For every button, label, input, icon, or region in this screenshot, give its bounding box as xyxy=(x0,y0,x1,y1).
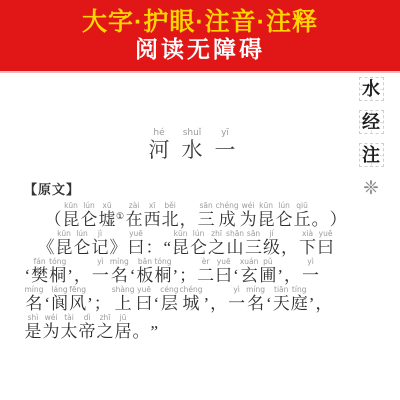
promo-banner: 大字·护眼·注音·注释 阅读无障碍 xyxy=(0,0,400,73)
body-line: （昆kūn仑lún墟xū①在zài西xī北běi，三sān成chéng为wéi昆… xyxy=(24,202,374,229)
hanzi-with-pinyin: ‘ xyxy=(266,294,272,313)
hanzi-with-pinyin: 曰yuē xyxy=(215,266,232,285)
hanzi-with-pinyin: 名míng xyxy=(246,294,265,313)
title-character-box: 注 xyxy=(359,143,384,167)
hanzi-with-pinyin: 太tài xyxy=(61,322,78,341)
hanzi-with-pinyin: 一yì xyxy=(228,294,245,313)
hanzi-with-pinyin: 山shān xyxy=(226,238,244,257)
hanzi-with-pinyin: 桐tóng xyxy=(154,266,171,285)
hanzi-with-pinyin: 昆kūn xyxy=(63,210,80,229)
seal-ornament-icon: ❈ xyxy=(363,179,379,198)
hanzi-with-pinyin: 在zài xyxy=(126,210,143,229)
hanzi-with-pinyin: ’ xyxy=(309,294,315,313)
hanzi-with-pinyin: 一yī xyxy=(215,138,236,162)
hanzi-with-pinyin: ‘ xyxy=(130,266,136,285)
hanzi-with-pinyin: 曰yuē xyxy=(128,238,145,257)
page-content: 河hé水shuǐ一yī 【原文】 （昆kūn仑lún墟xū①在zài西xī北bě… xyxy=(0,73,400,341)
hanzi-with-pinyin: ， xyxy=(284,266,301,285)
hanzi-with-pinyin: 成chéng xyxy=(216,210,239,229)
hanzi-with-pinyin: ’ xyxy=(277,266,283,285)
hanzi-with-pinyin: 。 xyxy=(312,210,329,229)
hanzi-with-pinyin: ， xyxy=(281,238,298,257)
hanzi-with-pinyin: 昆kūn xyxy=(56,238,73,257)
title-character-box: 水 xyxy=(359,77,384,101)
hanzi-with-pinyin: 风fēng xyxy=(69,294,86,313)
hanzi-with-pinyin: 一yì xyxy=(302,266,319,285)
title-character: 注 xyxy=(362,146,380,164)
hanzi-with-pinyin: ‘ xyxy=(154,294,160,313)
hanzi-with-pinyin: 是shì xyxy=(25,322,42,341)
hanzi-with-pinyin: 玄xuán xyxy=(240,266,259,285)
chapter-title: 河hé水shuǐ一yī xyxy=(24,128,360,164)
body-text: （昆kūn仑lún墟xū①在zài西xī北běi，三sān成chéng为wéi昆… xyxy=(24,202,374,341)
hanzi-with-pinyin: 墟xū xyxy=(99,210,116,229)
annotation-ref: ① xyxy=(116,211,124,221)
hanzi-with-pinyin: 樊fán xyxy=(31,266,48,285)
hanzi-with-pinyin: 》 xyxy=(110,238,127,257)
hanzi-with-pinyin: ‘ xyxy=(233,266,239,285)
hanzi-with-pinyin: 三sān xyxy=(245,238,262,257)
hanzi-with-pinyin: 仑lún xyxy=(81,210,98,229)
hanzi-with-pinyin: 居jū xyxy=(115,322,132,341)
hanzi-with-pinyin: 桐tóng xyxy=(49,266,66,285)
hanzi-with-pinyin: 曰yuē xyxy=(136,294,153,313)
hanzi-with-pinyin: 丘qiū xyxy=(294,210,311,229)
hanzi-with-pinyin: ’ xyxy=(172,266,178,285)
hanzi-with-pinyin: 曰yuē xyxy=(317,238,334,257)
hanzi-with-pinyin: 下xià xyxy=(299,238,316,257)
book-title-sidebar: 水经注 ❈ xyxy=(357,77,385,198)
hanzi-with-pinyin: 级jí xyxy=(263,238,280,257)
hanzi-with-pinyin: ’ xyxy=(67,266,73,285)
hanzi-with-pinyin: 《 xyxy=(38,238,55,257)
hanzi-with-pinyin: 北běi xyxy=(162,210,179,229)
hanzi-with-pinyin: 之zhī xyxy=(208,238,225,257)
hanzi-with-pinyin: 昆kūn xyxy=(172,238,189,257)
hanzi-with-pinyin: ； xyxy=(94,294,111,313)
hanzi-with-pinyin: 层céng xyxy=(160,294,178,313)
body-line: 名míng‘阆láng风fēng’；上shàng曰yuē‘层céng城chéng… xyxy=(24,286,374,313)
banner-slogan: 大字·护眼·注音·注释 xyxy=(82,9,318,37)
book-title-characters: 水经注 xyxy=(359,77,384,176)
hanzi-with-pinyin: “ xyxy=(164,238,172,257)
hanzi-with-pinyin: 昆kūn xyxy=(258,210,275,229)
body-line: 《昆kūn仑lún记jì》曰yuē：“昆kūn仑lún之zhī山shān三sān… xyxy=(24,230,374,257)
hanzi-with-pinyin: 二èr xyxy=(197,266,214,285)
hanzi-with-pinyin: ， xyxy=(210,294,227,313)
hanzi-with-pinyin: 天tiān xyxy=(273,294,290,313)
hanzi-with-pinyin: ， xyxy=(315,294,332,313)
hanzi-with-pinyin: ； xyxy=(179,266,196,285)
hanzi-with-pinyin: 之zhī xyxy=(97,322,114,341)
hanzi-with-pinyin: 圃pǔ xyxy=(259,266,276,285)
hanzi-with-pinyin: 河hé xyxy=(149,138,170,162)
section-label: 【原文】 xyxy=(24,179,374,198)
body-line: 是shì为wéi太tài帝dì之zhī居jū。” xyxy=(24,314,374,341)
hanzi-with-pinyin: 仑lún xyxy=(74,238,91,257)
hanzi-with-pinyin: 一yì xyxy=(92,266,109,285)
hanzi-with-pinyin: 名míng xyxy=(25,294,44,313)
hanzi-with-pinyin: ’ xyxy=(87,294,93,313)
hanzi-with-pinyin: ， xyxy=(74,266,91,285)
title-character: 经 xyxy=(362,113,380,131)
hanzi-with-pinyin: 为wéi xyxy=(240,210,257,229)
body-line: ‘樊fán桐tóng’，一yì名míng‘板bǎn桐tóng’；二èr曰yuē‘… xyxy=(24,258,374,285)
hanzi-with-pinyin: 上shàng xyxy=(112,294,135,313)
hanzi-with-pinyin: 西xī xyxy=(144,210,161,229)
hanzi-with-pinyin: ， xyxy=(180,210,197,229)
hanzi-with-pinyin: ： xyxy=(146,238,163,257)
hanzi-with-pinyin: 阆láng xyxy=(51,294,68,313)
hanzi-with-pinyin: ‘ xyxy=(44,294,50,313)
hanzi-with-pinyin: ） xyxy=(330,210,347,229)
banner-subtitle: 阅读无障碍 xyxy=(135,37,265,62)
hanzi-with-pinyin: 板bǎn xyxy=(136,266,153,285)
hanzi-with-pinyin: 为wéi xyxy=(43,322,60,341)
hanzi-with-pinyin: 仑lún xyxy=(276,210,293,229)
hanzi-with-pinyin: 。 xyxy=(133,322,150,341)
hanzi-with-pinyin: ‘ xyxy=(25,266,31,285)
hanzi-with-pinyin: 记jì xyxy=(92,238,109,257)
hanzi-with-pinyin: 名míng xyxy=(110,266,129,285)
hanzi-with-pinyin: ” xyxy=(151,322,159,341)
title-character: 水 xyxy=(362,80,380,98)
hanzi-with-pinyin: 三sān xyxy=(198,210,215,229)
title-character-box: 经 xyxy=(359,110,384,134)
hanzi-with-pinyin: 城chéng xyxy=(179,294,202,313)
hanzi-with-pinyin: 水shuǐ xyxy=(182,138,203,162)
hanzi-with-pinyin: ’ xyxy=(203,294,209,313)
hanzi-with-pinyin: 帝dì xyxy=(79,322,96,341)
hanzi-with-pinyin: 仑lún xyxy=(190,238,207,257)
hanzi-with-pinyin: 庭tíng xyxy=(291,294,308,313)
hanzi-with-pinyin: （ xyxy=(45,210,62,229)
